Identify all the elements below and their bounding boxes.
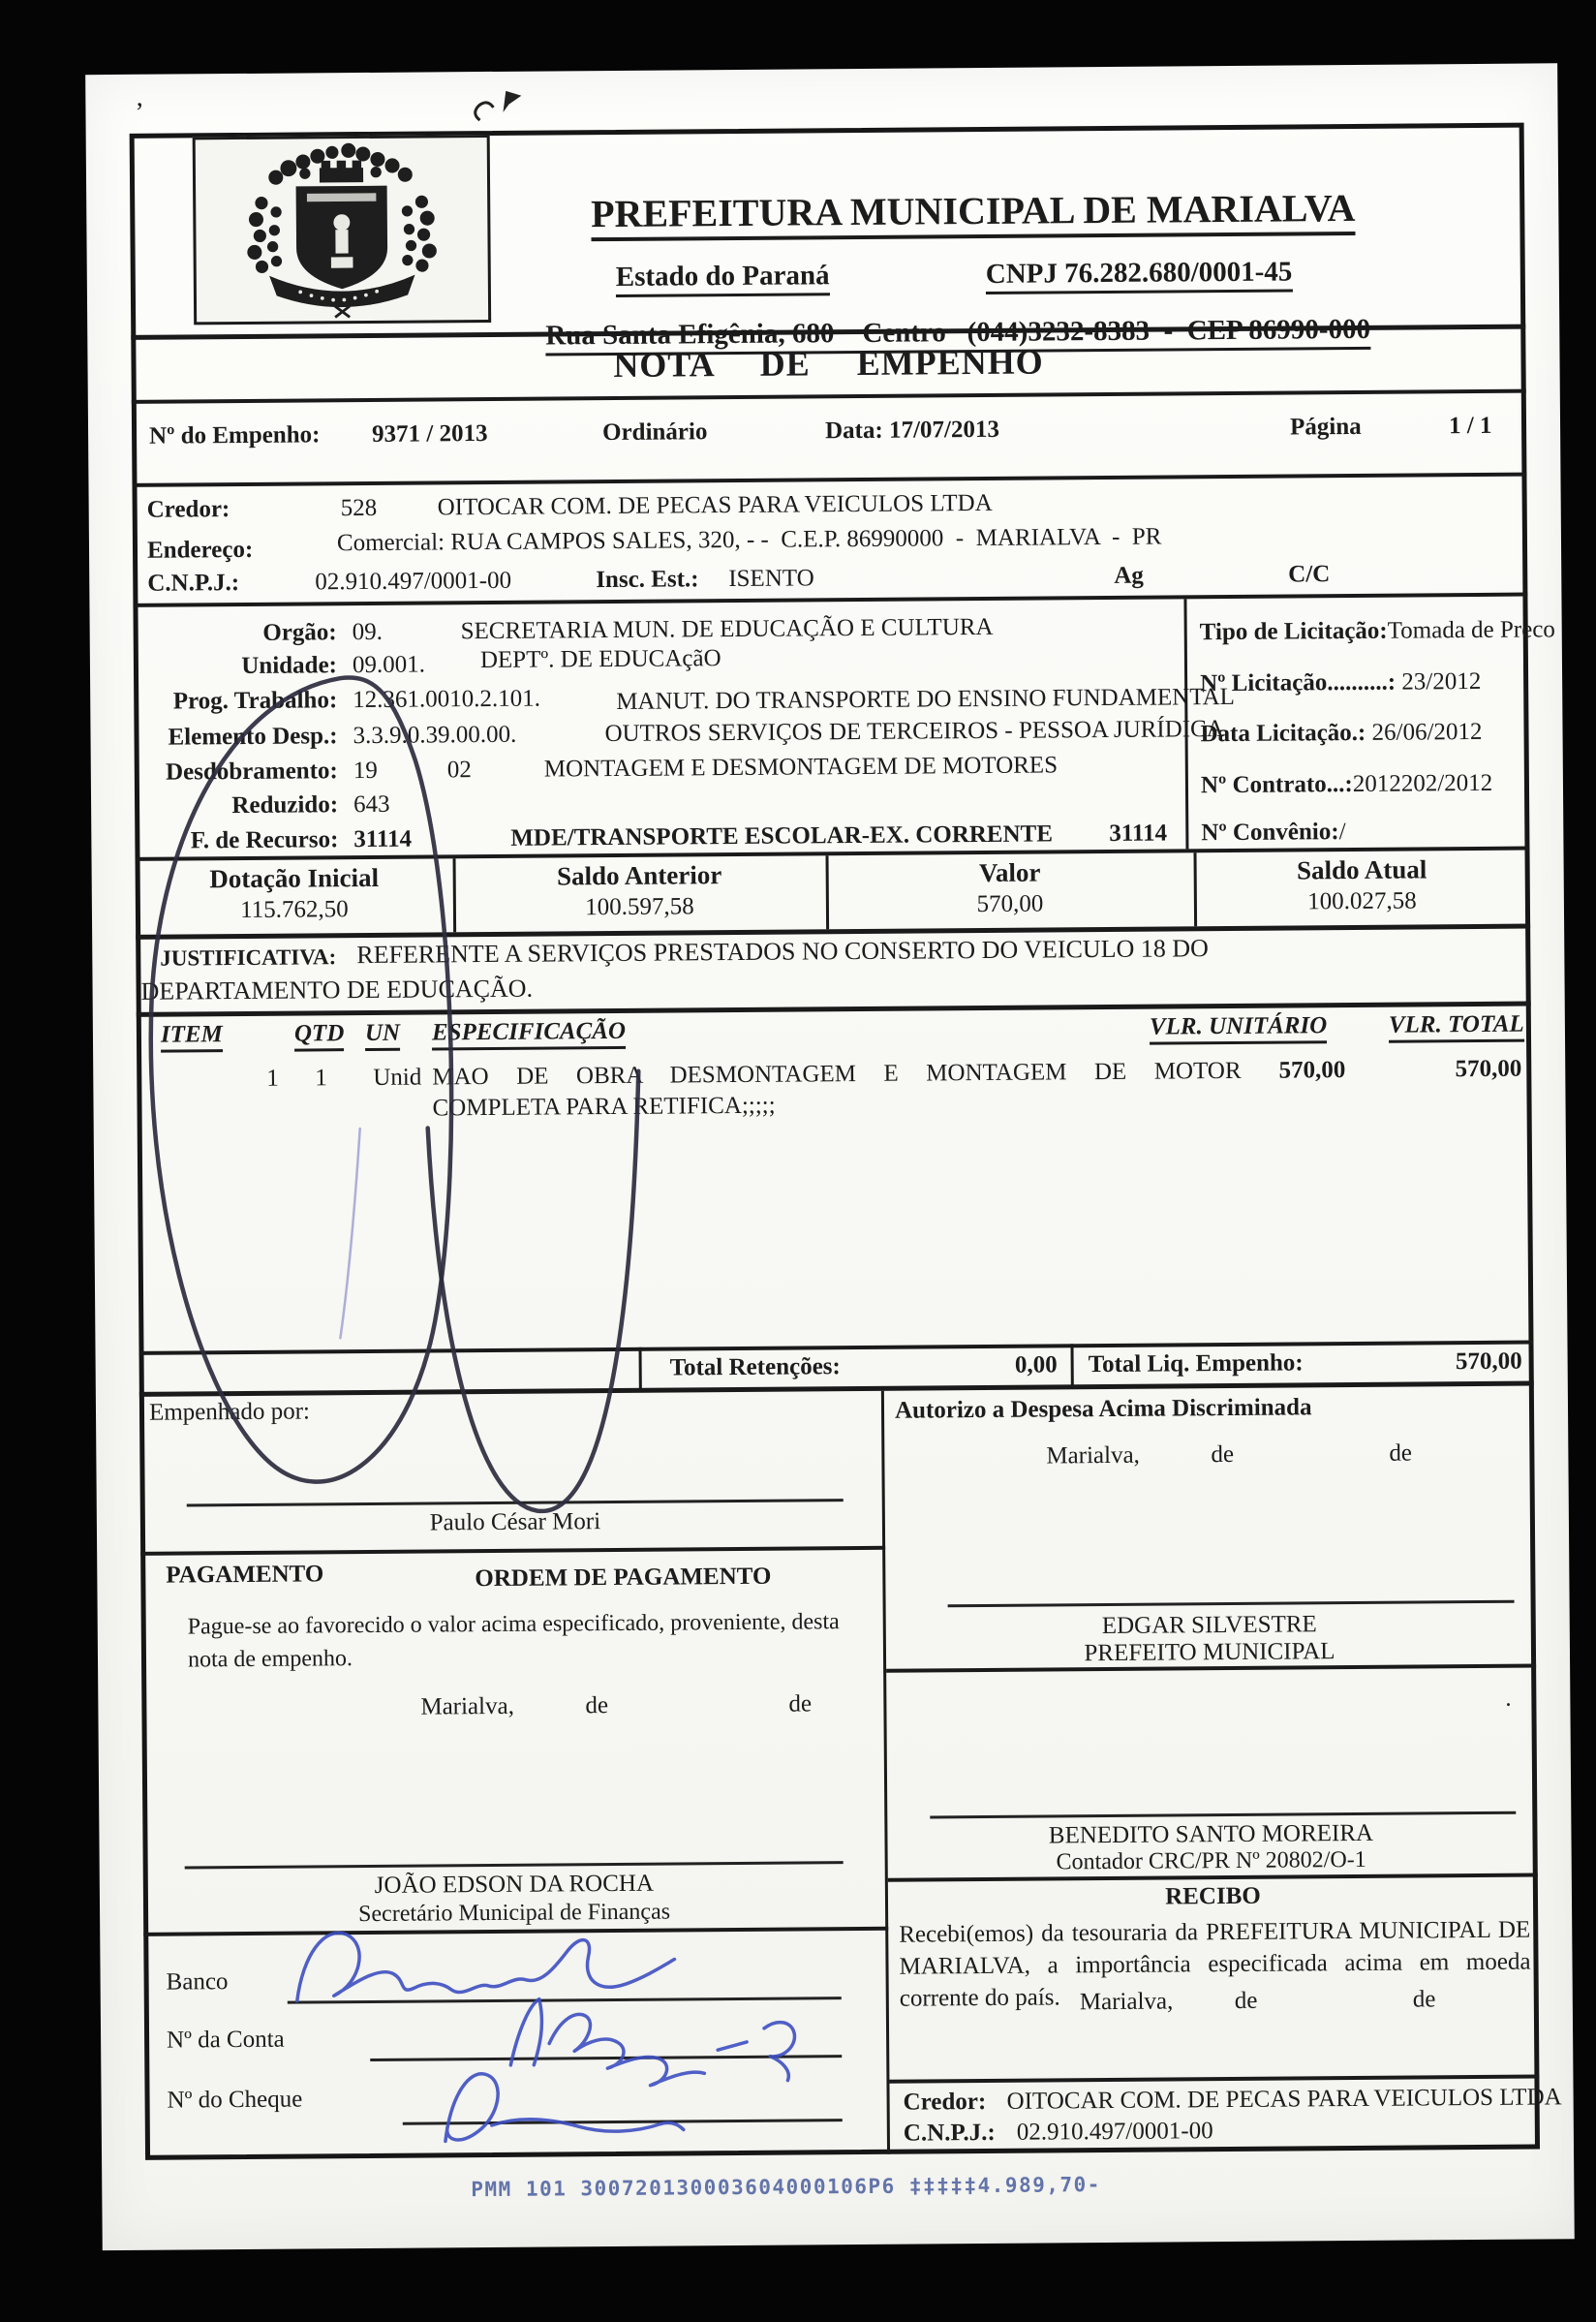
banco-signature-handwriting xyxy=(296,1931,675,2001)
pen-faint-stroke xyxy=(339,1129,362,1338)
scanned-document-scene: ’ . xyxy=(0,0,1596,2322)
page-group: ’ . xyxy=(0,0,1596,2322)
handwriting-overlay xyxy=(0,0,1596,2322)
conta-number-handwriting xyxy=(510,1997,795,2087)
cheque-rubric-handwriting xyxy=(445,2072,684,2141)
pen-oval-scribble xyxy=(148,677,454,1483)
pen-u-scribble xyxy=(427,1071,642,1512)
